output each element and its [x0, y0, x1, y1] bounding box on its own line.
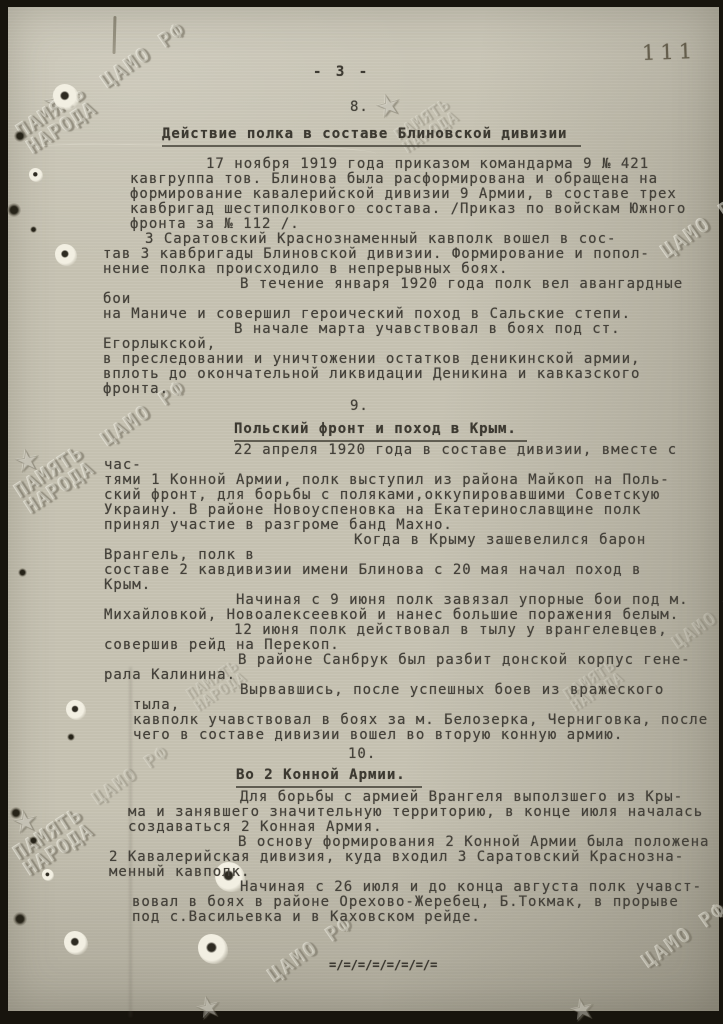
section-10-paragraph-3: Начиная с 26 июля и до конца августа пол…	[132, 880, 715, 925]
section-9-paragraph-2: Когда в Крыму зашевелился барон Врангель…	[104, 533, 715, 593]
paper-hole	[67, 733, 75, 741]
end-separator: =/=/=/=/=/=/=/=	[329, 958, 715, 973]
paper-hole	[10, 807, 22, 819]
star-watermark: ★	[566, 985, 598, 1024]
section-8-title: Действие полка в составе Блиновской диви…	[162, 127, 581, 147]
pen-mark	[113, 16, 117, 54]
scanned-archive-page: ЦАМО РФ★ПАМЯТЬ НАРОДА★ПАМЯТЬ НАРОДАЦАМО …	[0, 0, 723, 1024]
section-10-title: Во 2 Конной Армии.	[236, 768, 422, 788]
section-10-paragraph-2: В основу формирования 2 Конной Армии был…	[109, 835, 715, 880]
paper-hole	[14, 130, 26, 142]
section-9-paragraph-4: 12 июня полк действовал в тылу у врангел…	[104, 623, 715, 653]
section-8-paragraph-1: 17 ноября 1919 года приказом командарма …	[130, 157, 715, 232]
section-9-paragraph-6: Вырвавшись, после успешных боев из враже…	[133, 683, 715, 743]
section-8-paragraph-4: В начале марта учавствовал в боях под ст…	[103, 322, 715, 397]
page-number-stamp: 111	[642, 39, 698, 65]
section-8-paragraph-3: В течение января 1920 года полк вел аван…	[103, 277, 715, 322]
section-8-paragraph-2: 3 Саратовский Краснознаменный кавполк во…	[103, 232, 715, 277]
paper-hole	[29, 836, 38, 845]
paper-hole	[42, 869, 54, 881]
section-9-number: 9.	[350, 399, 715, 414]
star-watermark: ★	[192, 983, 224, 1024]
paper-hole	[30, 226, 37, 233]
section-9-title: Польский фронт и поход в Крым.	[234, 422, 527, 442]
paper-hole	[53, 84, 79, 110]
paper-hole	[55, 244, 77, 266]
section-10-number: 10.	[348, 747, 715, 762]
section-9-paragraph-3: Начиная с 9 июня полк завязал упорные бо…	[104, 593, 715, 623]
paper-hole	[7, 203, 21, 217]
section-8-number: 8.	[350, 100, 715, 115]
page-marker: - 3 -	[313, 65, 715, 80]
section-9-paragraph-5: В районе Санбрук был разбит донской корп…	[104, 653, 715, 683]
section-9-paragraph-1: 22 апреля 1920 года в составе дивизии, в…	[104, 443, 715, 533]
paper-hole	[29, 168, 43, 182]
paper-hole	[66, 700, 86, 720]
document-body: - 3 - 8. Действие полка в составе Блинов…	[103, 65, 715, 973]
section-10-paragraph-1: Для борьбы с армией Врангеля выползшего …	[128, 790, 715, 835]
paper-hole	[13, 912, 27, 926]
paper-hole	[64, 931, 88, 955]
paper-hole	[18, 568, 27, 577]
paper-sheet: ЦАМО РФ★ПАМЯТЬ НАРОДА★ПАМЯТЬ НАРОДАЦАМО …	[8, 7, 719, 1011]
